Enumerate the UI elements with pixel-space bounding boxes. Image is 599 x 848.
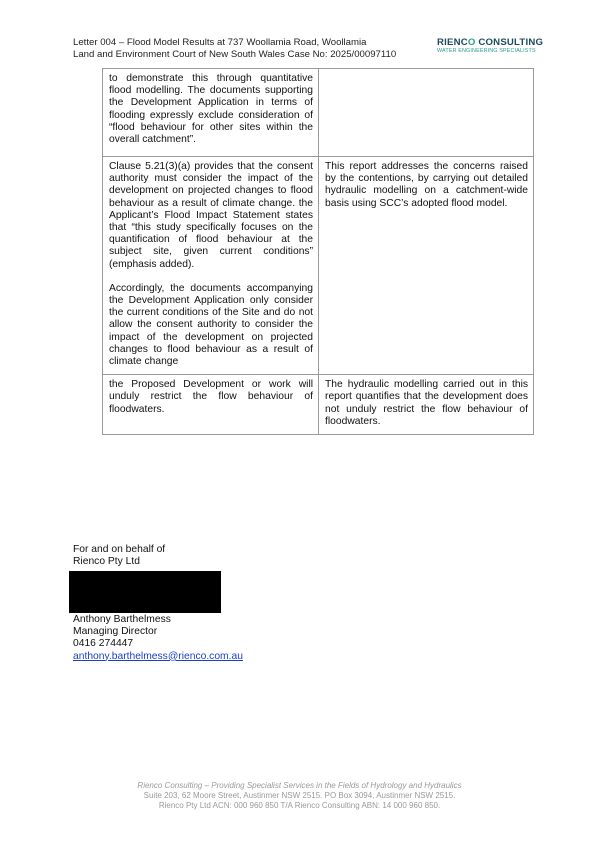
contention-cell: to demonstrate this through quantitative… — [103, 69, 319, 157]
response-table: to demonstrate this through quantitative… — [102, 68, 534, 435]
footer-registration: Rienco Pty Ltd ACN: 000 960 850 T/A Rien… — [0, 801, 599, 811]
signature-intro: For and on behalf of Rienco Pty Ltd — [73, 544, 165, 568]
contention-cell: the Proposed Development or work will un… — [103, 375, 319, 435]
logo-tagline: WATER ENGINEERING SPECIALISTS — [437, 48, 543, 55]
header-case-number: Land and Environment Court of New South … — [73, 49, 396, 61]
table-row: the Proposed Development or work will un… — [103, 375, 534, 435]
response-cell — [319, 69, 534, 157]
response-cell: This report addresses the concerns raise… — [319, 157, 534, 375]
page-footer: Rienco Consulting – Providing Specialist… — [0, 781, 599, 811]
signatory-title: Managing Director — [73, 626, 243, 638]
table-row: Clause 5.21(3)(a) provides that the cons… — [103, 157, 534, 375]
redacted-signature — [69, 571, 221, 613]
logo-o-icon: O — [468, 37, 476, 48]
signatory-name: Anthony Barthelmess — [73, 614, 243, 626]
response-cell: The hydraulic modelling carried out in t… — [319, 375, 534, 435]
logo-brand: RIENCO CONSULTING — [437, 37, 543, 48]
signatory-email-link[interactable]: anthony.barthelmess@rienco.com.au — [73, 651, 243, 662]
footer-address: Suite 203, 62 Moore Street, Austinmer NS… — [0, 791, 599, 801]
signatory-details: Anthony Barthelmess Managing Director 04… — [73, 614, 243, 663]
footer-tagline: Rienco Consulting – Providing Specialist… — [0, 781, 599, 791]
signatory-phone: 0416 274447 — [73, 638, 243, 650]
company-logo: RIENCO CONSULTING WATER ENGINEERING SPEC… — [437, 37, 543, 55]
contention-cell: Clause 5.21(3)(a) provides that the cons… — [103, 157, 319, 375]
table-row: to demonstrate this through quantitative… — [103, 69, 534, 157]
page-header: Letter 004 – Flood Model Results at 737 … — [73, 37, 396, 60]
header-title: Letter 004 – Flood Model Results at 737 … — [73, 37, 396, 49]
